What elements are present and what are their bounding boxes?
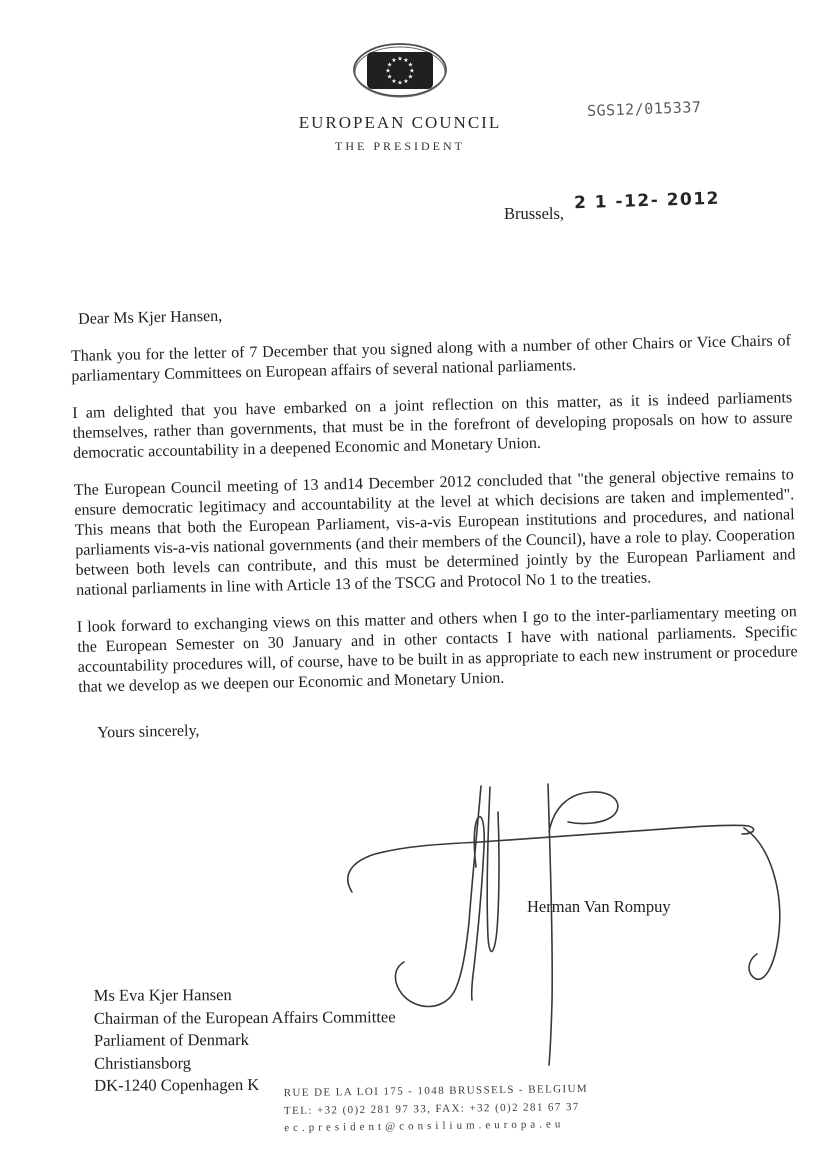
letterhead-title: THE PRESIDENT — [200, 139, 600, 154]
signature-stroke — [487, 787, 499, 951]
date-stamp: 2 1 -12- 2012 — [574, 189, 721, 214]
paragraph-3: The European Council meeting of 13 and14… — [74, 465, 796, 601]
eu-council-emblem-svg: ★ ★ ★ ★ ★ ★ ★ ★ ★ ★ ★ ★ — [352, 42, 448, 100]
signature-stroke — [744, 828, 780, 979]
eu-star-icon: ★ — [385, 68, 390, 75]
signature-stroke — [395, 786, 481, 1007]
salutation: Dear Ms Kjer Hansen, — [70, 294, 790, 330]
closing-phrase: Yours sincerely, — [79, 708, 799, 744]
signature-stroke — [549, 792, 618, 832]
footer-contact-block: RUE DE LA LOI 175 - 1048 BRUSSELS - BELG… — [284, 1081, 589, 1138]
eu-star-icon: ★ — [391, 57, 396, 64]
eu-star-icon: ★ — [403, 78, 408, 85]
eu-star-icon: ★ — [387, 74, 392, 81]
paragraph-2: I am delighted that you have embarked on… — [72, 388, 793, 464]
reference-number-stamp: SGS12/015337 — [587, 98, 702, 120]
eu-star-icon: ★ — [397, 80, 402, 87]
scanned-letter-page: ★ ★ ★ ★ ★ ★ ★ ★ ★ ★ ★ ★ EUROPEAN COUNCIL… — [0, 0, 827, 1169]
letterhead-organization: EUROPEAN COUNCIL — [200, 113, 600, 133]
handwritten-signature — [330, 772, 790, 1072]
dateline-place: Brussels, — [504, 204, 564, 224]
footer-email: ec.president@consilium.europa.eu — [284, 1116, 589, 1138]
paragraph-4: I look forward to exchanging views on th… — [77, 602, 799, 698]
letter-body: Dear Ms Kjer Hansen, Thank you for the l… — [70, 294, 799, 744]
eu-council-emblem: ★ ★ ★ ★ ★ ★ ★ ★ ★ ★ ★ ★ — [352, 42, 448, 100]
signature-stroke — [472, 817, 485, 1000]
eu-star-icon: ★ — [397, 56, 402, 63]
paragraph-1: Thank you for the letter of 7 December t… — [71, 331, 792, 387]
